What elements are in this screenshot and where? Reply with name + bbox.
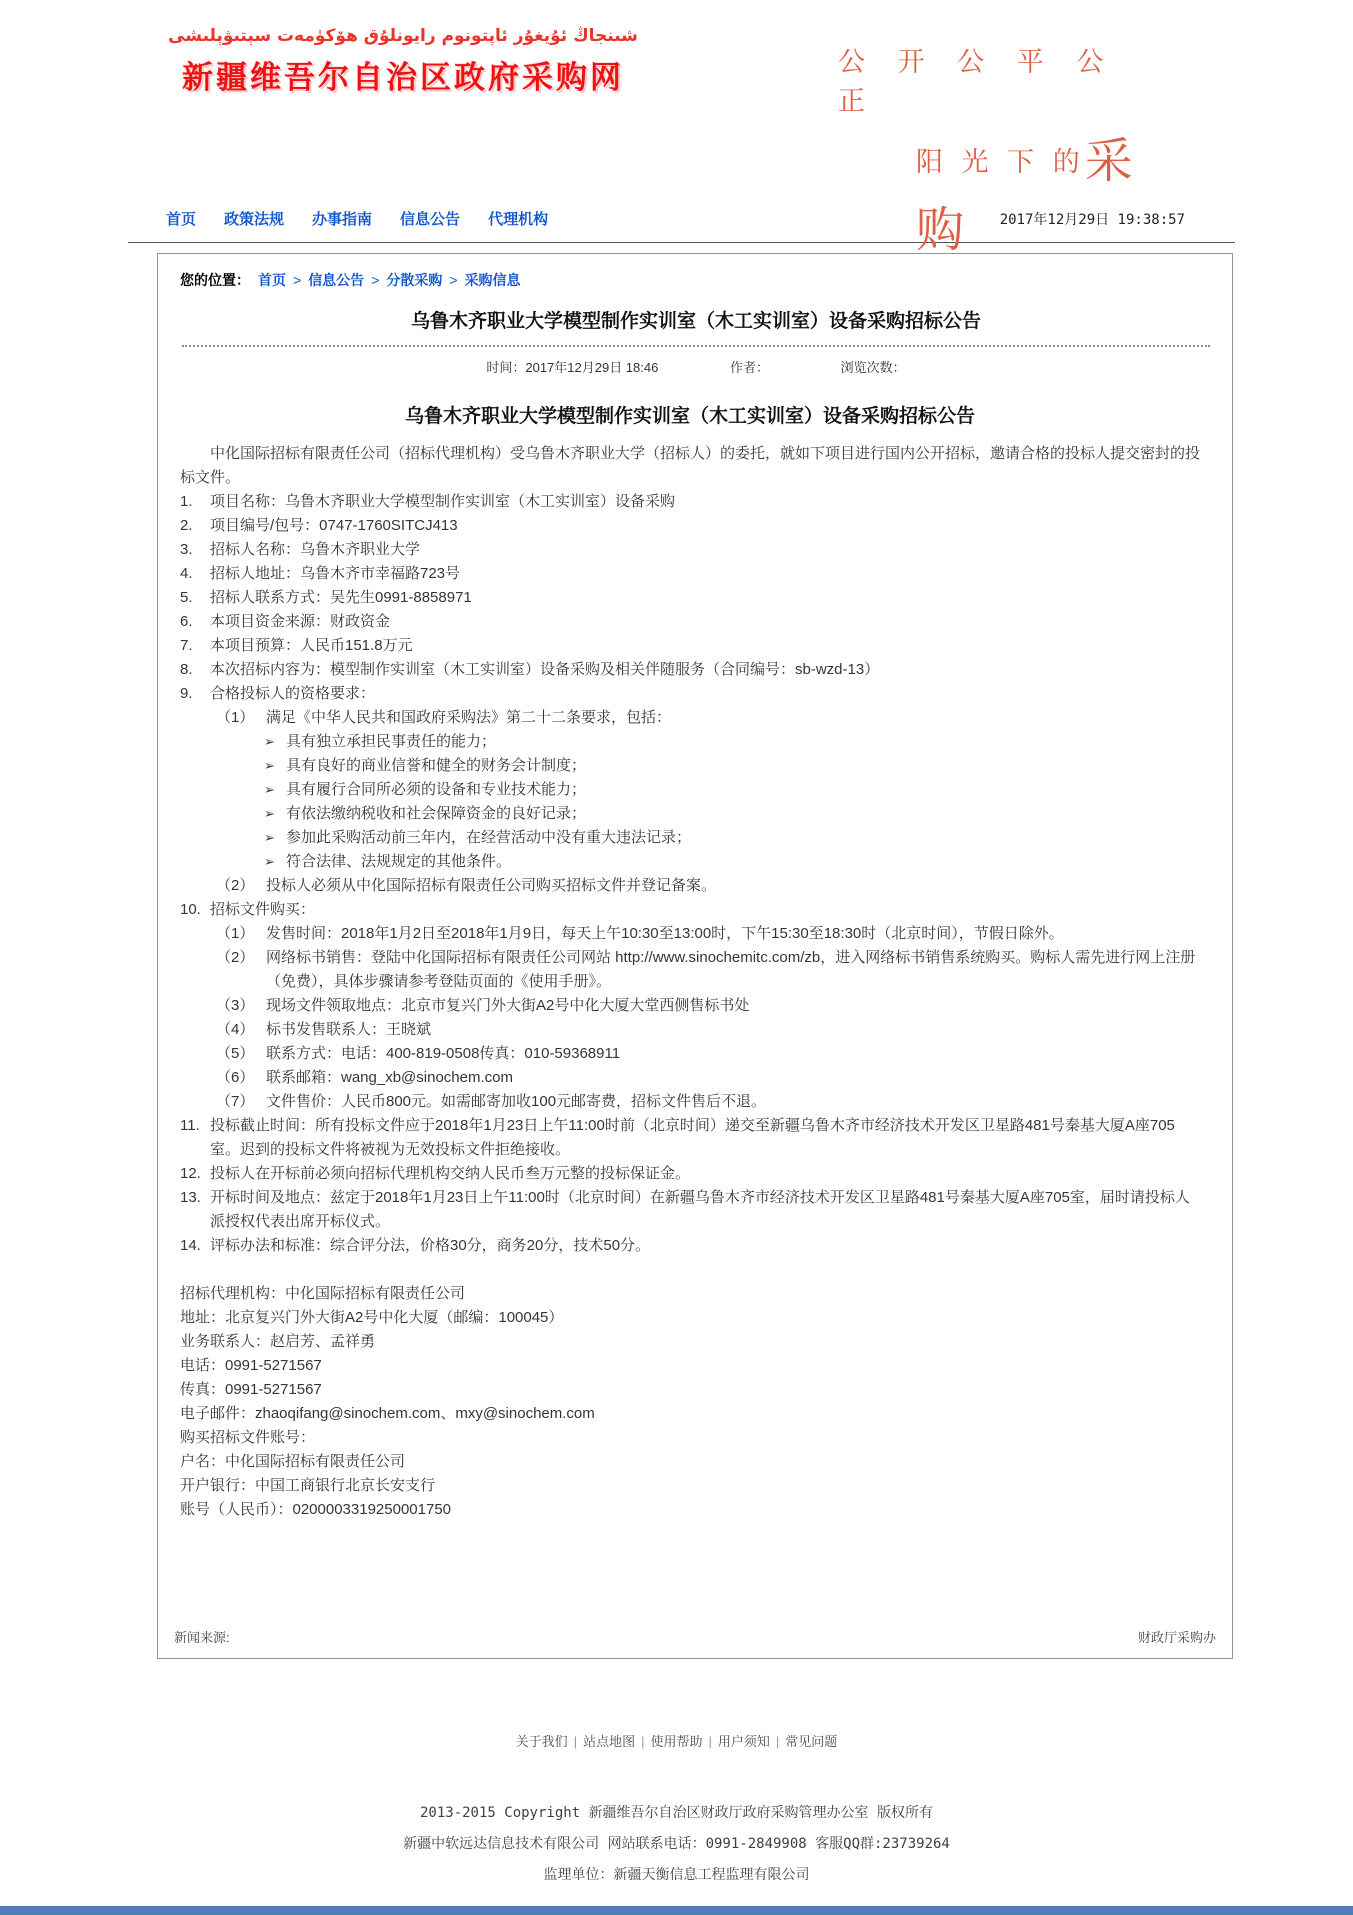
- line-text: 联系邮箱：wang_xb@sinochem.com: [266, 1066, 1200, 1090]
- line-text: 本次招标内容为：模型制作实训室（木工实训室）设备采购及相关伴随服务（合同编号：s…: [210, 658, 1200, 682]
- line-marker: （2）: [216, 874, 266, 898]
- article-line: 10.招标文件购买：: [180, 898, 1200, 922]
- article-line: （2）网络标书销售：登陆中化国际招标有限责任公司网站 http://www.si…: [216, 946, 1200, 994]
- line-text: 地址：北京复兴门外大街A2号中化大厦（邮编：100045）: [180, 1306, 1200, 1330]
- line-marker: 9.: [180, 682, 210, 706]
- footer-link-separator: |: [776, 1734, 779, 1749]
- arrow-bullet-icon: ➢: [264, 754, 286, 778]
- line-text: 评标办法和标准：综合评分法，价格30分，商务20分，技术50分。: [210, 1234, 1200, 1258]
- arrow-bullet-icon: ➢: [264, 730, 286, 754]
- article-line: （6）联系邮箱：wang_xb@sinochem.com: [216, 1066, 1200, 1090]
- line-marker: 11.: [180, 1114, 210, 1138]
- slogan-line2: 阳 光 下 的采购: [838, 122, 1168, 260]
- article-line: （4）标书发售联系人：王晓斌: [216, 1018, 1200, 1042]
- article-line: （1）发售时间：2018年1月2日至2018年1月9日，每天上午10:30至13…: [216, 922, 1200, 946]
- line-marker: （1）: [216, 706, 266, 730]
- line-text: 招标代理机构：中化国际招标有限责任公司: [180, 1282, 1200, 1306]
- article-line: 1.项目名称：乌鲁木齐职业大学模型制作实训室（木工实训室）设备采购: [180, 490, 1200, 514]
- line-text: 电话：0991-5271567: [180, 1354, 1200, 1378]
- line-marker: （2）: [216, 946, 266, 970]
- line-text: 本项目资金来源：财政资金: [210, 610, 1200, 634]
- line-text: 具有良好的商业信誉和健全的财务会计制度；: [286, 754, 1200, 778]
- article-line: 9.合格投标人的资格要求：: [180, 682, 1200, 706]
- breadcrumb-link-decentralized-procurement[interactable]: 分散采购: [386, 272, 442, 288]
- footer-link-help[interactable]: 使用帮助: [650, 1734, 702, 1749]
- article-line: 11.投标截止时间：所有投标文件应于2018年1月23日上午11:00时前（北京…: [180, 1114, 1200, 1162]
- copyright-line: 2013-2015 Copyright 新疆维吾尔自治区财政厅政府采购管理办公室…: [0, 1798, 1353, 1829]
- line-text: 具有履行合同所必须的设备和专业技术能力；: [286, 778, 1200, 802]
- line-text: 开户银行：中国工商银行北京长安支行: [180, 1474, 1200, 1498]
- line-marker: （7）: [216, 1090, 266, 1114]
- line-marker: 7.: [180, 634, 210, 658]
- article-line: 电子邮件：zhaoqifang@sinochem.com、mxy@sinoche…: [180, 1402, 1200, 1426]
- line-text: 参加此采购活动前三年内，在经营活动中没有重大违法记录；: [286, 826, 1200, 850]
- content-box: 您的位置：首页>信息公告>分散采购>采购信息 乌鲁木齐职业大学模型制作实训室（木…: [157, 253, 1233, 1659]
- article-line: 7.本项目预算：人民币151.8万元: [180, 634, 1200, 658]
- arrow-bullet-icon: ➢: [264, 802, 286, 826]
- line-marker: 3.: [180, 538, 210, 562]
- footer-link-user-notice[interactable]: 用户须知: [718, 1734, 770, 1749]
- article-body: 1.项目名称：乌鲁木齐职业大学模型制作实训室（木工实训室）设备采购2.项目编号/…: [180, 490, 1200, 1522]
- article-body-title: 乌鲁木齐职业大学模型制作实训室（木工实训室）设备采购招标公告: [180, 402, 1200, 432]
- line-text: 满足《中华人民共和国政府采购法》第二十二条要求，包括：: [266, 706, 1200, 730]
- site-logo: شىنجاڭ ئۇيغۇر ئاپتونوم رايونلۇق ھۆكۈمەت …: [168, 26, 638, 97]
- line-marker: 10.: [180, 898, 210, 922]
- copyright-line: 新疆中软远达信息技术有限公司 网站联系电话：0991-2849908 客服QQ群…: [0, 1829, 1353, 1860]
- line-text: 具有独立承担民事责任的能力；: [286, 730, 1200, 754]
- article-line: ➢具有良好的商业信誉和健全的财务会计制度；: [264, 754, 1200, 778]
- line-text: 标书发售联系人：王晓斌: [266, 1018, 1200, 1042]
- line-marker: 14.: [180, 1234, 210, 1258]
- footer-link-sitemap[interactable]: 站点地图: [583, 1734, 635, 1749]
- article-line: 业务联系人：赵启芳、孟祥勇: [180, 1330, 1200, 1354]
- line-text: 账号（人民币）：0200003319250001750: [180, 1498, 1200, 1522]
- logo-uyghur-text: شىنجاڭ ئۇيغۇر ئاپتونوم رايونلۇق ھۆكۈمەت …: [168, 26, 638, 46]
- line-text: 项目编号/包号：0747-1760SITCJ413: [210, 514, 1200, 538]
- article-line: 电话：0991-5271567: [180, 1354, 1200, 1378]
- line-text: 业务联系人：赵启芳、孟祥勇: [180, 1330, 1200, 1354]
- article-line: （1）满足《中华人民共和国政府采购法》第二十二条要求，包括：: [216, 706, 1200, 730]
- breadcrumb-link-home[interactable]: 首页: [258, 272, 286, 288]
- line-text: 有依法缴纳税收和社会保障资金的良好记录；: [286, 802, 1200, 826]
- news-source-label: 新闻来源:: [174, 1627, 230, 1646]
- nav-item-policy[interactable]: 政策法规: [224, 208, 284, 229]
- page-title: 乌鲁木齐职业大学模型制作实训室（木工实训室）设备采购招标公告: [180, 306, 1212, 333]
- line-marker: 8.: [180, 658, 210, 682]
- breadcrumb: 您的位置：首页>信息公告>分散采购>采购信息: [180, 270, 1212, 290]
- site-slogan: 公 开 公 平 公 正 阳 光 下 的采购: [838, 40, 1168, 260]
- site-header: شىنجاڭ ئۇيغۇر ئاپتونوم رايونلۇق ھۆكۈمەت …: [0, 0, 1353, 195]
- meta-author: 作者：: [730, 360, 769, 375]
- breadcrumb-link-announcements[interactable]: 信息公告: [308, 272, 364, 288]
- line-text: 联系方式：电话：400-819-0508传真：010-59368911: [266, 1042, 1200, 1066]
- line-text: 本项目预算：人民币151.8万元: [210, 634, 1200, 658]
- line-marker: （4）: [216, 1018, 266, 1042]
- article-line: 2.项目编号/包号：0747-1760SITCJ413: [180, 514, 1200, 538]
- line-text: 招标人联系方式：吴先生0991-8858971: [210, 586, 1200, 610]
- article-line: 6.本项目资金来源：财政资金: [180, 610, 1200, 634]
- nav-item-agencies[interactable]: 代理机构: [488, 208, 548, 229]
- footer-link-faq[interactable]: 常见问题: [785, 1734, 837, 1749]
- article-line: 账号（人民币）：0200003319250001750: [180, 1498, 1200, 1522]
- line-text: 开标时间及地点：兹定于2018年1月23日上午11:00时（北京时间）在新疆乌鲁…: [210, 1186, 1200, 1234]
- breadcrumb-separator: >: [371, 272, 379, 288]
- dotted-separator: [182, 345, 1210, 347]
- article-line: 户名：中化国际招标有限责任公司: [180, 1450, 1200, 1474]
- meta-views: 浏览次数：: [841, 360, 906, 375]
- article-line: [180, 1258, 1200, 1282]
- bottom-accent-bar: [0, 1906, 1353, 1915]
- article-line: 13.开标时间及地点：兹定于2018年1月23日上午11:00时（北京时间）在新…: [180, 1186, 1200, 1234]
- footer-link-separator: |: [641, 1734, 644, 1749]
- line-marker: （6）: [216, 1066, 266, 1090]
- slogan-line2-prefix: 阳 光 下 的: [916, 147, 1085, 178]
- line-text: 现场文件领取地点：北京市复兴门外大街A2号中化大厦大堂西侧售标书处: [266, 994, 1200, 1018]
- line-marker: 6.: [180, 610, 210, 634]
- line-text: 合格投标人的资格要求：: [210, 682, 1200, 706]
- line-marker: （3）: [216, 994, 266, 1018]
- arrow-bullet-icon: ➢: [264, 778, 286, 802]
- article-line: 12.投标人在开标前必须向招标代理机构交纳人民币叁万元整的投标保证金。: [180, 1162, 1200, 1186]
- line-text: 购买招标文件账号：: [180, 1426, 1200, 1450]
- article-line: 3.招标人名称：乌鲁木齐职业大学: [180, 538, 1200, 562]
- nav-item-announcements[interactable]: 信息公告: [400, 208, 460, 229]
- line-marker: 12.: [180, 1162, 210, 1186]
- line-marker: 4.: [180, 562, 210, 586]
- article-line: 5.招标人联系方式：吴先生0991-8858971: [180, 586, 1200, 610]
- slogan-line1: 公 开 公 平 公 正: [838, 40, 1168, 118]
- line-text: 文件售价：人民币800元。如需邮寄加收100元邮寄费，招标文件售后不退。: [266, 1090, 1200, 1114]
- line-text: 投标人必须从中化国际招标有限责任公司购买招标文件并登记备案。: [266, 874, 1200, 898]
- article-line: 地址：北京复兴门外大街A2号中化大厦（邮编：100045）: [180, 1306, 1200, 1330]
- line-text: 电子邮件：zhaoqifang@sinochem.com、mxy@sinoche…: [180, 1402, 1200, 1426]
- meta-time: 时间：2017年12月29日 18:46: [486, 360, 658, 375]
- line-marker: 5.: [180, 586, 210, 610]
- line-text: 招标文件购买：: [210, 898, 1200, 922]
- line-text: 传真：0991-5271567: [180, 1378, 1200, 1402]
- line-text: 招标人名称：乌鲁木齐职业大学: [210, 538, 1200, 562]
- line-text: 投标截止时间：所有投标文件应于2018年1月23日上午11:00时前（北京时间）…: [210, 1114, 1200, 1162]
- line-text: 投标人在开标前必须向招标代理机构交纳人民币叁万元整的投标保证金。: [210, 1162, 1200, 1186]
- article-line: ➢参加此采购活动前三年内，在经营活动中没有重大违法记录；: [264, 826, 1200, 850]
- line-marker: 13.: [180, 1186, 210, 1210]
- line-marker: （1）: [216, 922, 266, 946]
- breadcrumb-link-procurement-info[interactable]: 采购信息: [465, 272, 521, 288]
- footer-link-separator: |: [574, 1734, 577, 1749]
- article-line: 14.评标办法和标准：综合评分法，价格30分，商务20分，技术50分。: [180, 1234, 1200, 1258]
- copyright-block: 2013-2015 Copyright 新疆维吾尔自治区财政厅政府采购管理办公室…: [0, 1798, 1353, 1891]
- line-text: 符合法律、法规规定的其他条件。: [286, 850, 1200, 874]
- footer-link-about[interactable]: 关于我们: [516, 1734, 568, 1749]
- source-row: 新闻来源: 财政厅采购办: [174, 1627, 1216, 1646]
- breadcrumb-label: 您的位置：: [180, 272, 250, 288]
- arrow-bullet-icon: ➢: [264, 850, 286, 874]
- news-source-value: 财政厅采购办: [1138, 1627, 1216, 1646]
- article-meta: 时间：2017年12月29日 18:46 作者： 浏览次数：: [180, 357, 1212, 376]
- article-line: 招标代理机构：中化国际招标有限责任公司: [180, 1282, 1200, 1306]
- article-line: 4.招标人地址：乌鲁木齐市幸福路723号: [180, 562, 1200, 586]
- footer-link-separator: |: [709, 1734, 712, 1749]
- article-line: ➢具有履行合同所必须的设备和专业技术能力；: [264, 778, 1200, 802]
- article-line: 购买招标文件账号：: [180, 1426, 1200, 1450]
- article-line: ➢符合法律、法规规定的其他条件。: [264, 850, 1200, 874]
- line-marker: 2.: [180, 514, 210, 538]
- breadcrumb-separator: >: [293, 272, 301, 288]
- article-line: ➢有依法缴纳税收和社会保障资金的良好记录；: [264, 802, 1200, 826]
- article-line: 开户银行：中国工商银行北京长安支行: [180, 1474, 1200, 1498]
- line-marker: （5）: [216, 1042, 266, 1066]
- line-marker: 1.: [180, 490, 210, 514]
- copyright-line: 监理单位：新疆天衡信息工程监理有限公司: [0, 1860, 1353, 1891]
- line-text: 网络标书销售：登陆中化国际招标有限责任公司网站 http://www.sinoc…: [266, 946, 1200, 994]
- article-line: （2）投标人必须从中化国际招标有限责任公司购买招标文件并登记备案。: [216, 874, 1200, 898]
- arrow-bullet-icon: ➢: [264, 826, 286, 850]
- line-text: 项目名称：乌鲁木齐职业大学模型制作实训室（木工实训室）设备采购: [210, 490, 1200, 514]
- article: 乌鲁木齐职业大学模型制作实训室（木工实训室）设备采购招标公告 中化国际招标有限责…: [180, 402, 1212, 1522]
- article-line: 8.本次招标内容为：模型制作实训室（木工实训室）设备采购及相关伴随服务（合同编号…: [180, 658, 1200, 682]
- logo-chinese-text: 新疆维吾尔自治区政府采购网: [168, 52, 638, 97]
- breadcrumb-separator: >: [449, 272, 457, 288]
- line-text: 招标人地址：乌鲁木齐市幸福路723号: [210, 562, 1200, 586]
- nav-item-home[interactable]: 首页: [166, 208, 196, 229]
- nav-item-guide[interactable]: 办事指南: [312, 208, 372, 229]
- article-line: 传真：0991-5271567: [180, 1378, 1200, 1402]
- line-text: 发售时间：2018年1月2日至2018年1月9日，每天上午10:30至13:00…: [266, 922, 1200, 946]
- line-text: 户名：中化国际招标有限责任公司: [180, 1450, 1200, 1474]
- footer-links: 关于我们|站点地图|使用帮助|用户须知|常见问题: [0, 1731, 1353, 1750]
- article-intro-paragraph: 中化国际招标有限责任公司（招标代理机构）受乌鲁木齐职业大学（招标人）的委托，就如…: [180, 442, 1200, 490]
- article-line: （3）现场文件领取地点：北京市复兴门外大街A2号中化大厦大堂西侧售标书处: [216, 994, 1200, 1018]
- article-line: ➢具有独立承担民事责任的能力；: [264, 730, 1200, 754]
- article-line: （5）联系方式：电话：400-819-0508传真：010-59368911: [216, 1042, 1200, 1066]
- article-line: （7）文件售价：人民币800元。如需邮寄加收100元邮寄费，招标文件售后不退。: [216, 1090, 1200, 1114]
